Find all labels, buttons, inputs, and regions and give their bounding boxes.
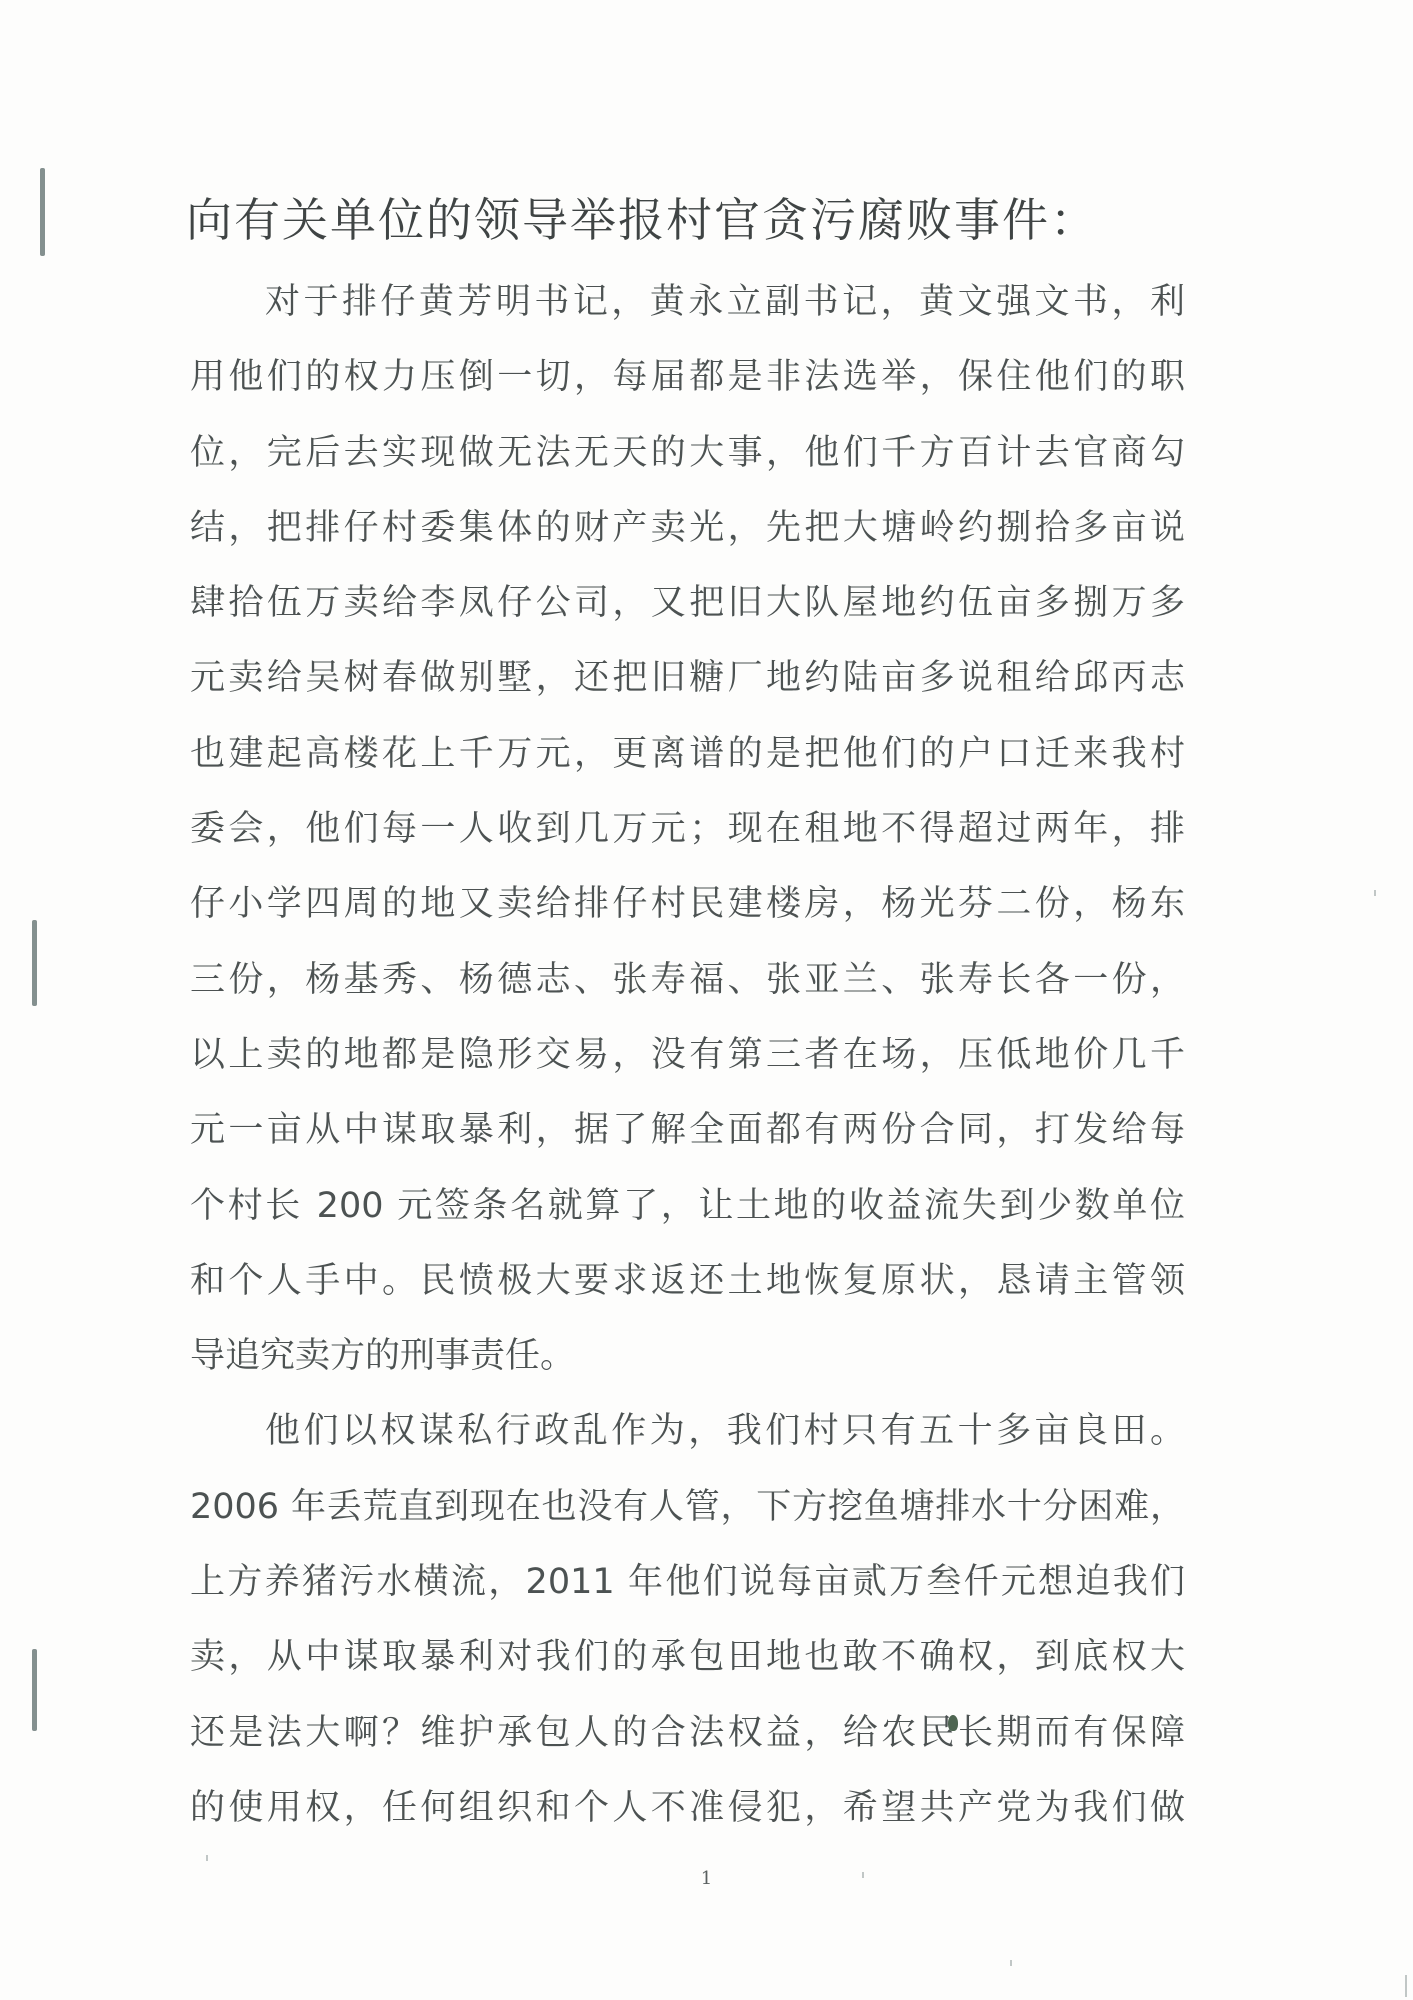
text-line: 导追究卖方的刑事责任。 — [190, 1319, 1185, 1394]
text-line: 元一亩从中谋取暴利，据了解全面都有两份合同，打发给每 — [190, 1093, 1185, 1168]
text-line: 委会，他们每一人收到几万元；现在租地不得超过两年，排 — [190, 792, 1185, 867]
scan-speck — [1405, 1975, 1407, 1997]
paragraph-2: 他们以权谋私行政乱作为，我们村只有五十多亩良田。 2006 年丢荒直到现在也没有… — [190, 1394, 1185, 1846]
left-margin-mark-top — [40, 168, 45, 256]
text-line: 三份，杨基秀、杨德志、张寿福、张亚兰、张寿长各一份， — [190, 943, 1185, 1018]
text-line: 还是法大啊？维护承包人的合法权益，给农民长期而有保障 — [190, 1696, 1185, 1771]
document-title: 向有关单位的领导举报村官贪污腐败事件： — [186, 190, 1196, 250]
page-number: 1 — [0, 1868, 1413, 1889]
text-line: 2006 年丢荒直到现在也没有人管，下方挖鱼塘排水十分困难， — [190, 1470, 1185, 1545]
document-body: 对于排仔黄芳明书记，黄永立副书记，黄文强文书，利 用他们的权力压倒一切，每届都是… — [190, 265, 1185, 1846]
text-line: 的使用权，任何组织和个人不准侵犯，希望共产党为我们做 — [190, 1771, 1185, 1846]
scan-speck — [206, 1855, 208, 1861]
text-line: 元卖给吴树春做别墅，还把旧糖厂地约陆亩多说租给邱丙志 — [190, 641, 1185, 716]
text-line: 卖，从中谋取暴利对我们的承包田地也敢不确权，到底权大 — [190, 1620, 1185, 1695]
ink-blot — [948, 1715, 958, 1731]
text-line: 仔小学四周的地又卖给排仔村民建楼房，杨光芬二份，杨东 — [190, 867, 1185, 942]
text-line: 个村长 200 元签条名就算了，让土地的收益流失到少数单位 — [190, 1169, 1185, 1244]
scan-speck — [1010, 1960, 1012, 1966]
scan-speck — [1374, 890, 1376, 896]
text-line: 也建起高楼花上千万元，更离谱的是把他们的户口迁来我村 — [190, 717, 1185, 792]
text-line: 上方养猪污水横流，2011 年他们说每亩贰万叁仟元想迫我们 — [190, 1545, 1185, 1620]
text-line: 和个人手中。民愤极大要求返还土地恢复原状，恳请主管领 — [190, 1244, 1185, 1319]
text-line: 用他们的权力压倒一切，每届都是非法选举，保住他们的职 — [190, 340, 1185, 415]
left-margin-mark-bottom — [32, 1649, 37, 1731]
paragraph-1: 对于排仔黄芳明书记，黄永立副书记，黄文强文书，利 用他们的权力压倒一切，每届都是… — [190, 265, 1185, 1394]
text-line: 肆拾伍万卖给李凤仔公司，又把旧大队屋地约伍亩多捌万多 — [190, 566, 1185, 641]
left-margin-mark-middle — [32, 920, 37, 1006]
scanned-document-page: 向有关单位的领导举报村官贪污腐败事件： 对于排仔黄芳明书记，黄永立副书记，黄文强… — [0, 0, 1413, 2000]
text-line: 结，把排仔村委集体的财产卖光，先把大塘岭约捌拾多亩说 — [190, 491, 1185, 566]
text-line: 对于排仔黄芳明书记，黄永立副书记，黄文强文书，利 — [190, 265, 1185, 340]
text-line: 位，完后去实现做无法无天的大事，他们千方百计去官商勾 — [190, 416, 1185, 491]
text-line: 他们以权谋私行政乱作为，我们村只有五十多亩良田。 — [190, 1394, 1185, 1469]
text-line: 以上卖的地都是隐形交易，没有第三者在场，压低地价几千 — [190, 1018, 1185, 1093]
